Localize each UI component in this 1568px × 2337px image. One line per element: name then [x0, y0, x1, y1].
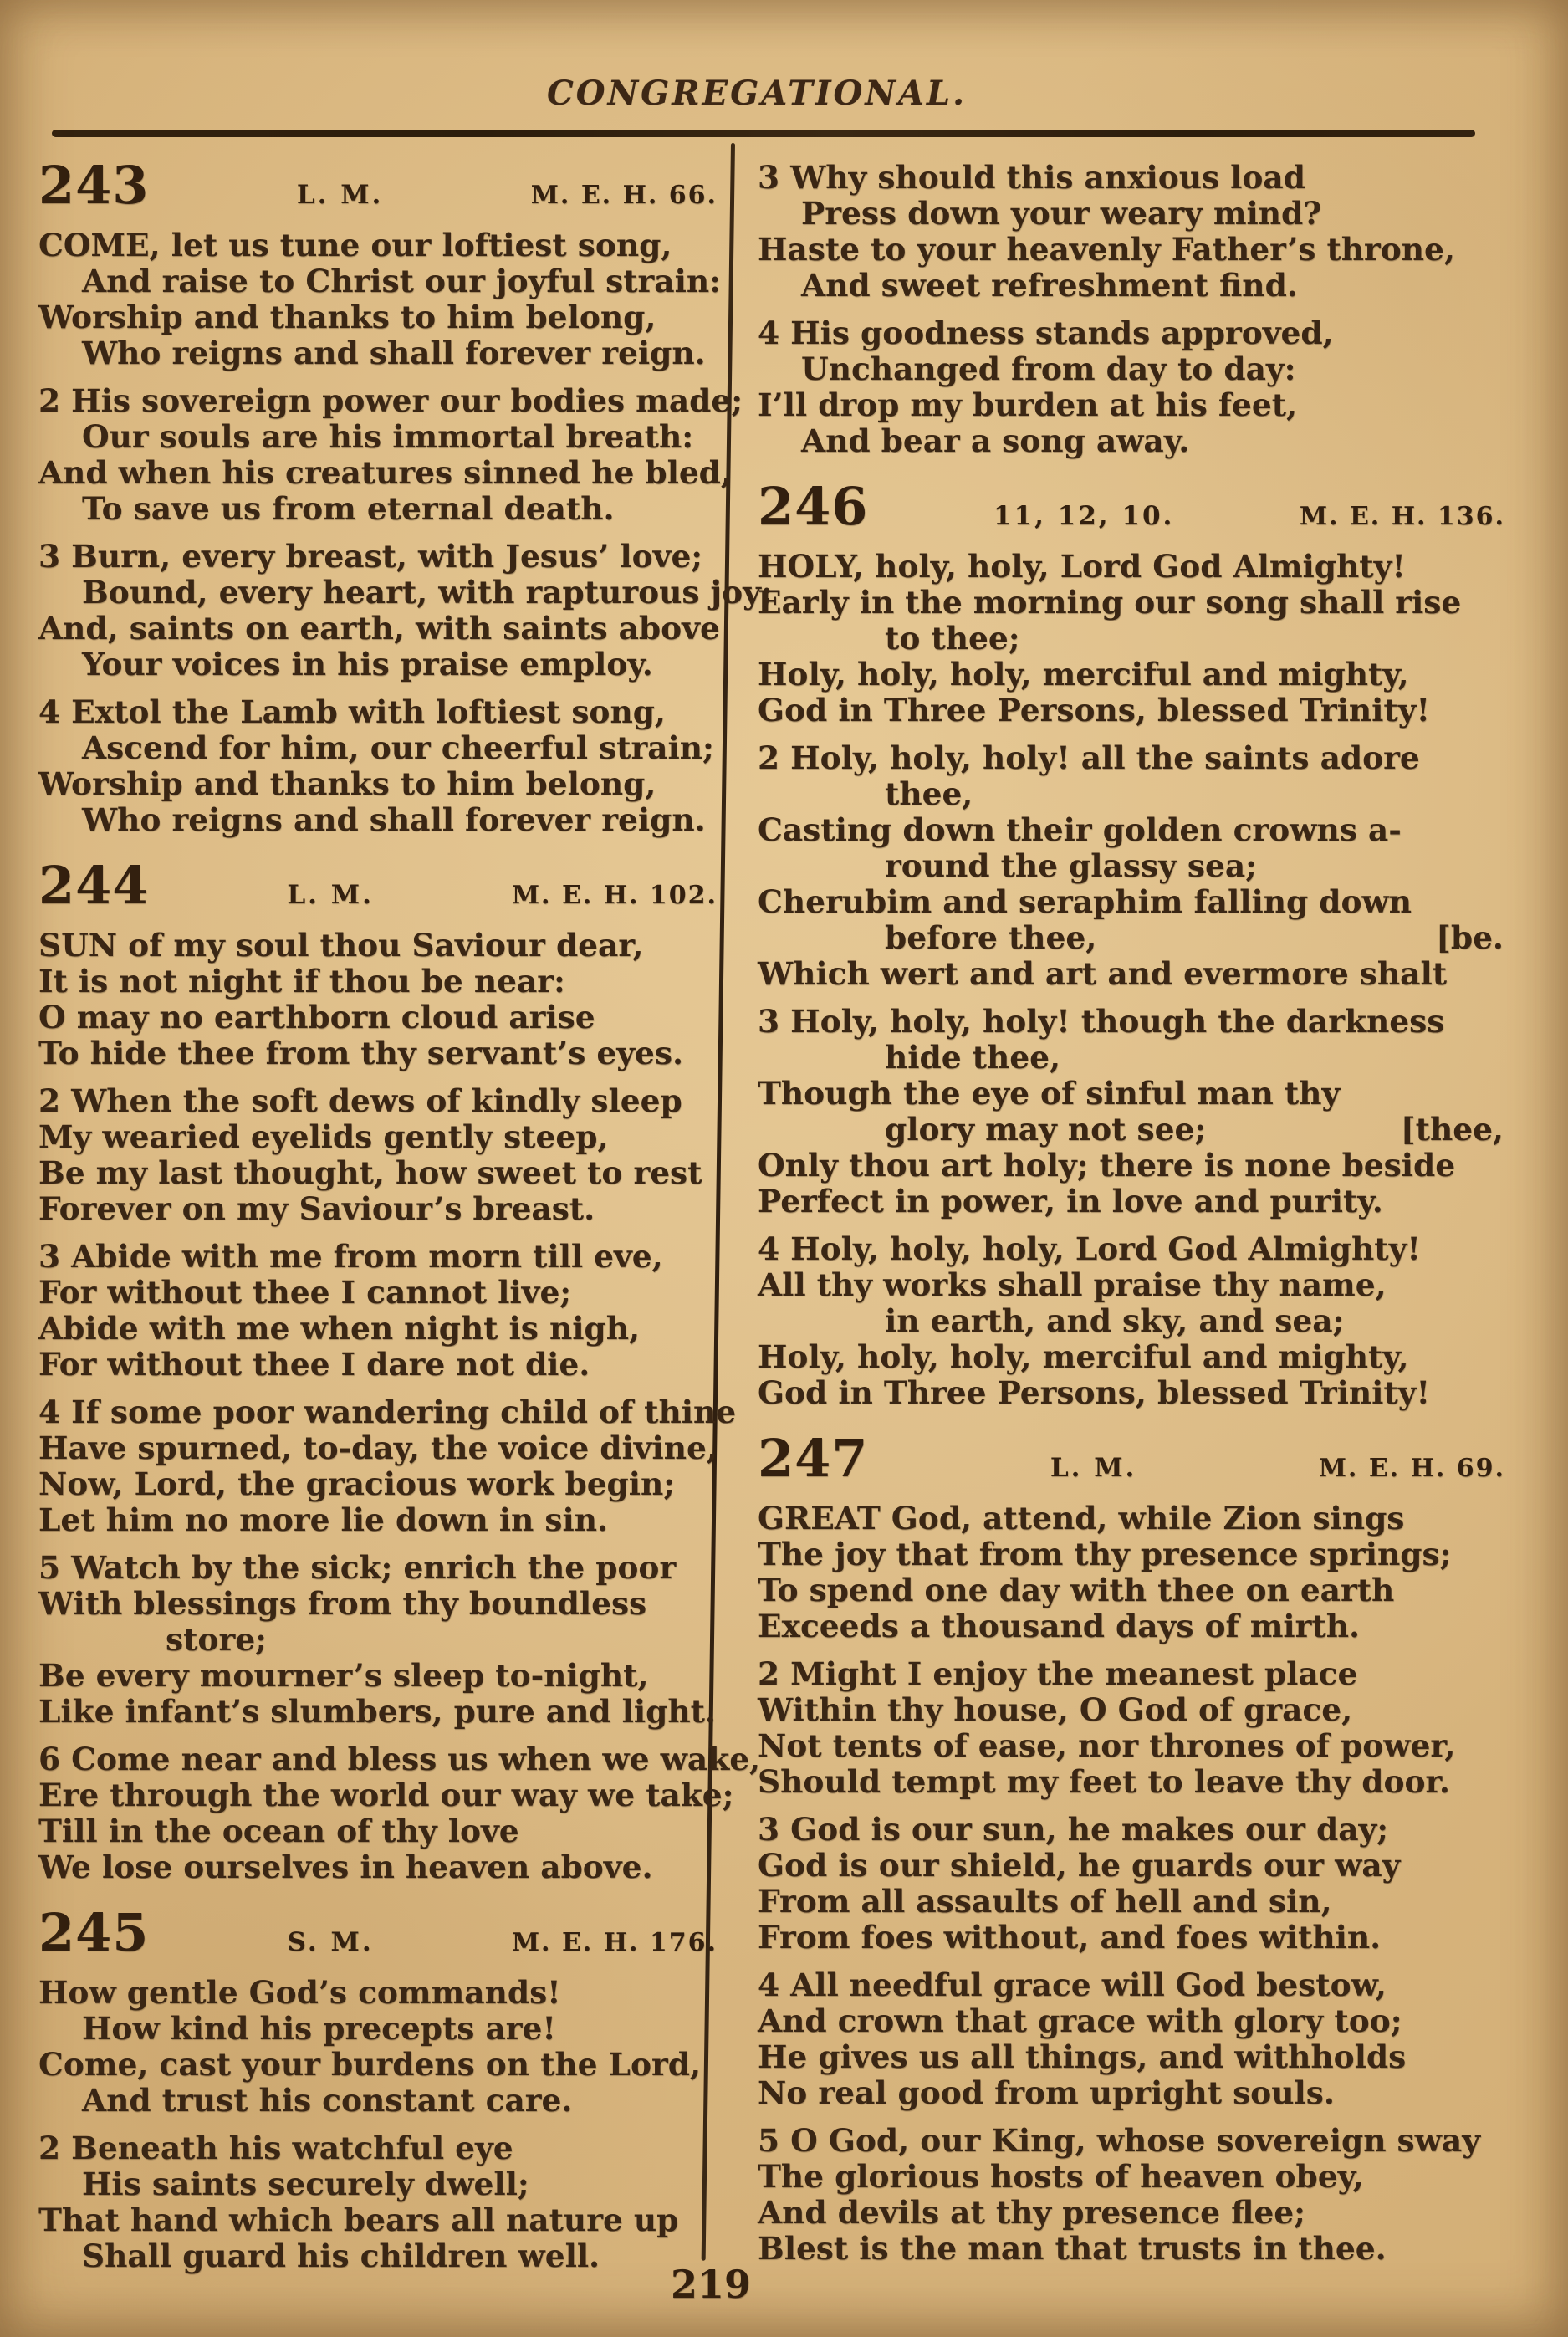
verse-line: SUN of my soul thou Saviour dear, — [38, 928, 718, 964]
verse-line: My wearied eyelids gently steep, — [38, 1119, 718, 1155]
verse-line: Though the eye of sinful man thy — [758, 1076, 1505, 1112]
verse-line: 4 If some poor wandering child of thine — [38, 1394, 718, 1430]
verse-line: To spend one day with thee on earth — [758, 1572, 1505, 1608]
verse-line: Press down your weary mind? — [758, 196, 1505, 232]
verse-line: And when his creatures sinned he bled, — [38, 455, 718, 491]
verse-line: For without thee I cannot live; — [38, 1275, 718, 1311]
left-column: 243L. M.M. E. H. 66.COME, let us tune ou… — [38, 159, 718, 2286]
hymn-heading: 243L. M.M. E. H. 66. — [38, 159, 718, 213]
verse-line: 2 Might I enjoy the meanest place — [758, 1656, 1505, 1692]
verse-line: 6 Come near and bless us when we wake, — [38, 1741, 718, 1777]
verse-line: Unchanged from day to day: — [758, 351, 1505, 387]
verse-line: Who reigns and shall forever reign. — [38, 335, 718, 371]
hymn-heading: 247L. M.M. E. H. 69. — [758, 1432, 1505, 1486]
verse-line: Our souls are his immortal breath: — [38, 419, 718, 455]
verse-line: To hide thee from thy servant’s eyes. — [38, 1036, 718, 1071]
stanza: 2 When the soft dews of kindly sleepMy w… — [38, 1083, 718, 1227]
stanza: 2 His sovereign power our bodies made;Ou… — [38, 383, 718, 527]
stanza: 2 Beneath his watchful eyeHis saints sec… — [38, 2130, 718, 2274]
verse-line: 2 Holy, holy, holy! all the saints adore — [758, 740, 1505, 776]
verse-line: to thee; — [758, 621, 1505, 657]
verse-line: Casting down their golden crowns a- — [758, 812, 1505, 848]
verse-line: Forever on my Saviour’s breast. — [38, 1191, 718, 1227]
verse-line: Abide with me when night is nigh, — [38, 1311, 718, 1347]
running-title: CONGREGATIONAL. — [0, 75, 1514, 112]
hymnal-page: CONGREGATIONAL. 243L. M.M. E. H. 66.COME… — [0, 0, 1568, 2337]
verse-line: God in Three Persons, blessed Trinity! — [758, 693, 1505, 729]
verse-line: Let him no more lie down in sin. — [38, 1502, 718, 1538]
hymn-number: 245 — [38, 1906, 149, 1960]
stanza: 4 If some poor wandering child of thineH… — [38, 1394, 718, 1538]
verse-line: How kind his precepts are! — [38, 2011, 718, 2047]
verse-line: Worship and thanks to him belong, — [38, 299, 718, 335]
verse-line: Which wert and art and evermore shalt — [758, 956, 1505, 992]
verse-line: glory may not see;[thee, — [758, 1112, 1505, 1148]
verse-line: 4 Extol the Lamb with loftiest song, — [38, 694, 718, 730]
stanza: 3 Why should this anxious loadPress down… — [758, 160, 1505, 304]
verse-line: 5 O God, our King, whose sovereign sway — [758, 2123, 1505, 2159]
verse-line: Your voices in his praise employ. — [38, 647, 718, 683]
verse-line: Holy, holy, holy, merciful and mighty, — [758, 657, 1505, 693]
hymn-ref: M. E. H. 66. — [531, 177, 718, 213]
stanza: COME, let us tune our loftiest song,And … — [38, 228, 718, 371]
verse-line: Within thy house, O God of grace, — [758, 1692, 1505, 1728]
stanza: How gentle God’s commands!How kind his p… — [38, 1975, 718, 2119]
verse-line: God is our shield, he guards our way — [758, 1848, 1505, 1884]
verse-line: store; — [38, 1622, 718, 1658]
hymn-ref: M. E. H. 176. — [512, 1925, 718, 1961]
verse-line: COME, let us tune our loftiest song, — [38, 228, 718, 263]
stanza: 3 God is our sun, he makes our day;God i… — [758, 1812, 1505, 1956]
verse-line: Who reigns and shall forever reign. — [38, 802, 718, 838]
right-column: 3 Why should this anxious loadPress down… — [758, 160, 1505, 2278]
hymn-meter: S. M. — [149, 1925, 511, 1961]
verse-line: We lose ourselves in heaven above. — [38, 1849, 718, 1885]
verse-line: And raise to Christ our joyful strain: — [38, 263, 718, 299]
hymn-number: 247 — [758, 1432, 868, 1486]
verse-line: Have spurned, to-day, the voice divine, — [38, 1430, 718, 1466]
verse-line: GREAT God, attend, while Zion sings — [758, 1501, 1505, 1537]
verse-line: And devils at thy presence flee; — [758, 2195, 1505, 2231]
verse-line: Cherubim and seraphim falling down — [758, 884, 1505, 920]
verse-line: How gentle God’s commands! — [38, 1975, 718, 2011]
hymn-number: 243 — [38, 159, 149, 212]
verse-line: The glorious hosts of heaven obey, — [758, 2159, 1505, 2195]
verse-line: Haste to your heavenly Father’s throne, — [758, 232, 1505, 268]
verse-line: Shall guard his children well. — [38, 2238, 718, 2274]
verse-line: Worship and thanks to him belong, — [38, 766, 718, 802]
hymn-heading: 245S. M.M. E. H. 176. — [38, 1906, 718, 1961]
verse-line: HOLY, holy, holy, Lord God Almighty! — [758, 549, 1505, 585]
verse-line: 4 All needful grace will God bestow, — [758, 1967, 1505, 2003]
verse-line: It is not night if thou be near: — [38, 964, 718, 1000]
verse-line: Be every mourner’s sleep to-night, — [38, 1658, 718, 1694]
verse-line: 3 Why should this anxious load — [758, 160, 1505, 196]
verse-line: 3 Burn, every breast, with Jesus’ love; — [38, 539, 718, 575]
stanza: 4 Holy, holy, holy, Lord God Almighty!Al… — [758, 1231, 1505, 1411]
hymn-number: 246 — [758, 480, 868, 534]
verse-line: Only thou art holy; there is none beside — [758, 1148, 1505, 1184]
hymn-meter: 11, 12, 10. — [868, 499, 1299, 534]
stanza: 3 Holy, holy, holy! though the darknessh… — [758, 1004, 1505, 1220]
stanza: SUN of my soul thou Saviour dear,It is n… — [38, 928, 718, 1071]
verse-line: For without thee I dare not die. — [38, 1347, 718, 1383]
verse-line: 5 Watch by the sick; enrich the poor — [38, 1550, 718, 1586]
verse-line: Holy, holy, holy, merciful and mighty, — [758, 1339, 1505, 1375]
catchword: [be. — [1436, 920, 1504, 956]
stanza: HOLY, holy, holy, Lord God Almighty!Earl… — [758, 549, 1505, 729]
verse-line: Till in the ocean of thy love — [38, 1813, 718, 1849]
stanza: 5 Watch by the sick; enrich the poorWith… — [38, 1550, 718, 1730]
verse-line: To save us from eternal death. — [38, 491, 718, 527]
verse-line: thee, — [758, 776, 1505, 812]
hymn-ref: M. E. H. 102. — [512, 877, 718, 913]
catchword: [thee, — [1401, 1112, 1504, 1148]
verse-line: And bear a song away. — [758, 423, 1505, 459]
verse-line: He gives us all things, and withholds — [758, 2039, 1505, 2075]
stanza: GREAT God, attend, while Zion singsThe j… — [758, 1501, 1505, 1644]
verse-line: Ascend for him, our cheerful strain; — [38, 730, 718, 766]
hymn-heading: 244L. M.M. E. H. 102. — [38, 859, 718, 913]
page-number: 219 — [665, 2263, 757, 2305]
verse-line: Bound, every heart, with rapturous joy; — [38, 575, 718, 611]
stanza: 4 All needful grace will God bestow,And … — [758, 1967, 1505, 2111]
stanza: 3 Abide with me from morn till eve,For w… — [38, 1239, 718, 1383]
verse-line: 3 God is our sun, he makes our day; — [758, 1812, 1505, 1848]
hymn-ref: M. E. H. 69. — [1319, 1450, 1505, 1486]
verse-line: Ere through the world our way we take; — [38, 1777, 718, 1813]
verse-line: Should tempt my feet to leave thy door. — [758, 1764, 1505, 1800]
verse-line: All thy works shall praise thy name, — [758, 1267, 1505, 1303]
verse-line: O may no earthborn cloud arise — [38, 1000, 718, 1036]
hymn-ref: M. E. H. 136. — [1300, 499, 1505, 534]
verse-line: 4 Holy, holy, holy, Lord God Almighty! — [758, 1231, 1505, 1267]
verse-line: With blessings from thy boundless — [38, 1586, 718, 1622]
stanza: 2 Holy, holy, holy! all the saints adore… — [758, 740, 1505, 992]
header-rule — [52, 130, 1475, 137]
stanza: 3 Burn, every breast, with Jesus’ love;B… — [38, 539, 718, 683]
verse-line: before thee,[be. — [758, 920, 1505, 956]
hymn-number: 244 — [38, 859, 149, 913]
verse-line: Not tents of ease, nor thrones of power, — [758, 1728, 1505, 1764]
verse-line: From all assaults of hell and sin, — [758, 1884, 1505, 1920]
verse-line: Exceeds a thousand days of mirth. — [758, 1608, 1505, 1644]
verse-line: in earth, and sky, and sea; — [758, 1303, 1505, 1339]
verse-line: 3 Holy, holy, holy! though the darkness — [758, 1004, 1505, 1040]
verse-line: Early in the morning our song shall rise — [758, 585, 1505, 621]
verse-line: round the glassy sea; — [758, 848, 1505, 884]
verse-line: Blest is the man that trusts in thee. — [758, 2231, 1505, 2267]
verse-line: And trust his constant care. — [38, 2083, 718, 2119]
hymn-heading: 24611, 12, 10.M. E. H. 136. — [758, 480, 1505, 534]
verse-line: And crown that grace with glory too; — [758, 2003, 1505, 2039]
stanza: 4 Extol the Lamb with loftiest song,Asce… — [38, 694, 718, 838]
verse-line: That hand which bears all nature up — [38, 2202, 718, 2238]
verse-line: And, saints on earth, with saints above — [38, 611, 718, 647]
verse-line: His saints securely dwell; — [38, 2166, 718, 2202]
verse-line: No real good from upright souls. — [758, 2075, 1505, 2111]
verse-line: 2 His sovereign power our bodies made; — [38, 383, 718, 419]
stanza: 4 His goodness stands approved,Unchanged… — [758, 315, 1505, 459]
hymn-meter: L. M. — [149, 877, 511, 913]
verse-line: The joy that from thy presence springs; — [758, 1537, 1505, 1572]
verse-line: Come, cast your burdens on the Lord, — [38, 2047, 718, 2083]
verse-line: Like infant’s slumbers, pure and light. — [38, 1694, 718, 1730]
stanza: 5 O God, our King, whose sovereign swayT… — [758, 2123, 1505, 2267]
verse-line: 2 Beneath his watchful eye — [38, 2130, 718, 2166]
verse-line: Now, Lord, the gracious work begin; — [38, 1466, 718, 1502]
verse-line: God in Three Persons, blessed Trinity! — [758, 1375, 1505, 1411]
stanza: 6 Come near and bless us when we wake,Er… — [38, 1741, 718, 1885]
verse-line: 4 His goodness stands approved, — [758, 315, 1505, 351]
verse-line: Be my last thought, how sweet to rest — [38, 1155, 718, 1191]
verse-line: From foes without, and foes within. — [758, 1920, 1505, 1956]
hymn-meter: L. M. — [868, 1450, 1318, 1486]
verse-line: 3 Abide with me from morn till eve, — [38, 1239, 718, 1275]
stanza: 2 Might I enjoy the meanest placeWithin … — [758, 1656, 1505, 1800]
hymn-meter: L. M. — [149, 177, 530, 213]
verse-line: hide thee, — [758, 1040, 1505, 1076]
verse-line: Perfect in power, in love and purity. — [758, 1184, 1505, 1220]
verse-line: And sweet refreshment find. — [758, 268, 1505, 304]
verse-line: 2 When the soft dews of kindly sleep — [38, 1083, 718, 1119]
verse-line: I’ll drop my burden at his feet, — [758, 387, 1505, 423]
